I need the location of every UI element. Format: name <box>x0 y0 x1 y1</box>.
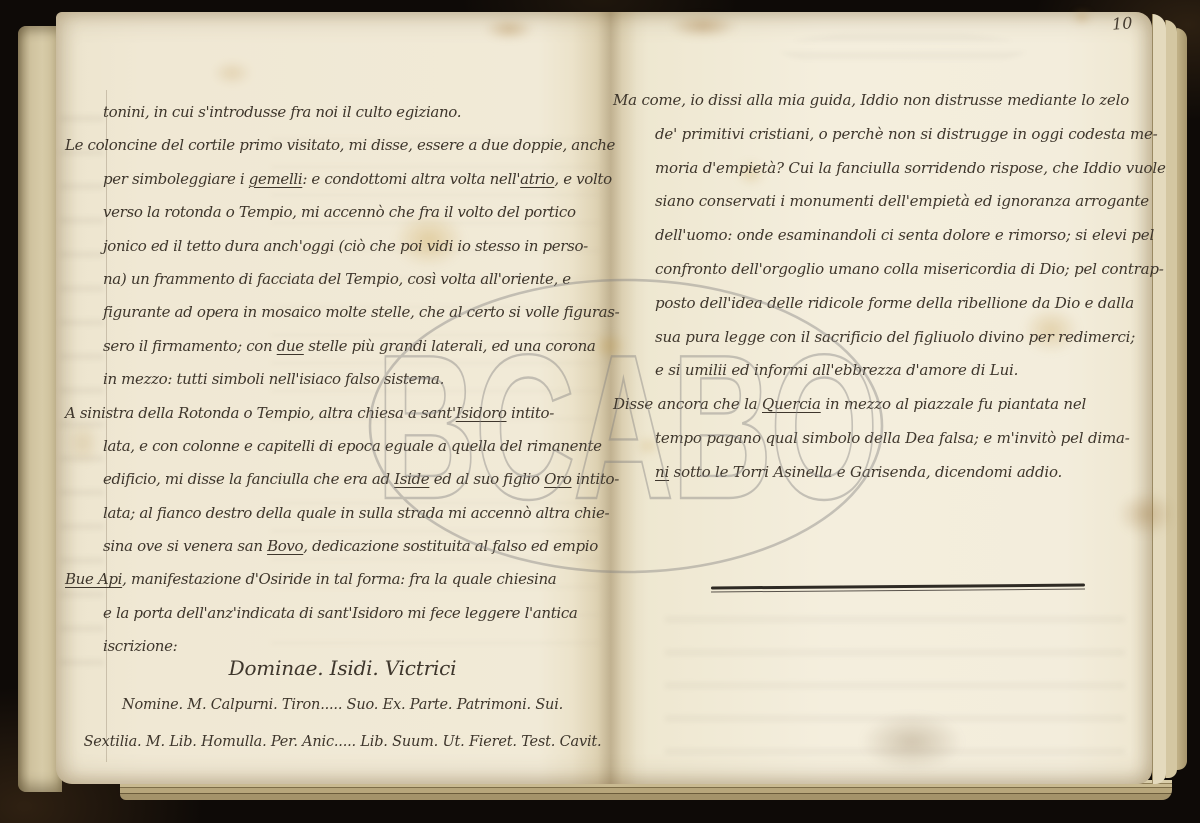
manuscript-text: sina ove si venera san <box>103 537 267 555</box>
underlined-word: Iside <box>394 470 429 488</box>
manuscript-photo: { "page_number": "10", "watermark": { "t… <box>0 0 1200 823</box>
manuscript-line: figurante ad opera in mosaico molte stel… <box>103 296 615 329</box>
manuscript-line: ni sotto le Torri Asinella e Garisenda, … <box>655 456 1147 490</box>
manuscript-text: Dominae. Isidi. Victrici <box>229 656 457 680</box>
manuscript-text: posto dell'idea delle ridicole forme del… <box>655 294 1134 312</box>
manuscript-line: sina ove si venera san Bovo, dedicazione… <box>103 530 615 563</box>
manuscript-line: dell'uomo: onde esaminandoli ci senta do… <box>655 219 1147 253</box>
manuscript-line: siano conservati i monumenti dell'empiet… <box>655 185 1147 219</box>
manuscript-text: verso la rotonda o Tempio, mi accennò ch… <box>103 203 576 221</box>
manuscript-line: edificio, mi disse la fanciulla che era … <box>103 463 615 496</box>
manuscript-text: confronto dell'orgoglio umano colla mise… <box>655 260 1164 278</box>
manuscript-text: figurante ad opera in mosaico molte stel… <box>103 303 619 321</box>
manuscript-text: Disse ancora che la <box>613 395 762 413</box>
manuscript-text: de' primitivi cristiani, o perchè non si… <box>655 125 1158 143</box>
manuscript-text: lata, e con colonne e capitelli di epoca… <box>103 437 602 455</box>
manuscript-line: sua pura legge con il sacrificio del fig… <box>655 321 1147 355</box>
manuscript-text: in mezzo: tutti simboli nell'isiaco fals… <box>103 370 444 388</box>
manuscript-line: jonico ed il tetto dura anch'oggi (ciò c… <box>103 230 615 263</box>
manuscript-text: tonini, in cui s'introdusse fra noi il c… <box>103 103 461 121</box>
manuscript-text: intito- <box>572 470 619 488</box>
underlined-word: Oro <box>544 470 571 488</box>
manuscript-line: per simboleggiare i gemelli: e condottom… <box>103 163 615 196</box>
manuscript-text: e la porta dell'anz'indicata di sant'Isi… <box>103 604 577 622</box>
manuscript-line: lata, e con colonne e capitelli di epoca… <box>103 430 615 463</box>
manuscript-text: jonico ed il tetto dura anch'oggi (ciò c… <box>103 237 588 255</box>
page-number: 10 <box>1111 13 1133 33</box>
latin-inscription: Dominae. Isidi. VictriciNomine. M. Calpu… <box>70 650 615 761</box>
page-edge-stack-outer <box>1176 28 1187 770</box>
manuscript-text: edificio, mi disse la fanciulla che era … <box>103 470 394 488</box>
manuscript-line: na) un frammento di facciata del Tempio,… <box>103 263 615 296</box>
manuscript-text: dell'uomo: onde esaminandoli ci senta do… <box>655 226 1154 244</box>
manuscript-text: Le coloncine del cortile primo visitato,… <box>65 136 615 154</box>
page-edge-stack-middle <box>1165 20 1177 778</box>
underlined-word: Quercia <box>762 395 821 413</box>
manuscript-line: lata; al fianco destro della quale in su… <box>103 497 615 530</box>
manuscript-text: , dedicazione sostituita al falso ed emp… <box>303 537 598 555</box>
manuscript-line: tempo pagano qual simbolo della Dea fals… <box>655 422 1147 456</box>
underlined-word: Bue Api <box>65 570 122 588</box>
manuscript-line: verso la rotonda o Tempio, mi accennò ch… <box>103 196 615 229</box>
manuscript-line: confronto dell'orgoglio umano colla mise… <box>655 253 1147 287</box>
underlined-word: ni <box>655 463 669 481</box>
manuscript-line: Bue Api, manifestazione d'Osiride in tal… <box>65 563 615 596</box>
manuscript-line: posto dell'idea delle ridicole forme del… <box>655 287 1147 321</box>
manuscript-text: na) un frammento di facciata del Tempio,… <box>103 270 571 288</box>
manuscript-text: lata; al fianco destro della quale in su… <box>103 504 609 522</box>
manuscript-text: intito- <box>507 404 554 422</box>
manuscript-line: Le coloncine del cortile primo visitato,… <box>65 129 615 162</box>
manuscript-line: A sinistra della Rotonda o Tempio, altra… <box>65 397 615 430</box>
manuscript-text: siano conservati i monumenti dell'empiet… <box>655 192 1149 210</box>
manuscript-text: A sinistra della Rotonda o Tempio, altra… <box>65 404 456 422</box>
manuscript-line: de' primitivi cristiani, o perchè non si… <box>655 118 1147 152</box>
manuscript-text: in mezzo al piazzale fu piantata nel <box>821 395 1086 413</box>
manuscript-text: tempo pagano qual simbolo della Dea fals… <box>655 429 1130 447</box>
right-page-text: Ma come, io dissi alla mia guida, Iddio … <box>655 84 1147 490</box>
manuscript-line: Disse ancora che la Quercia in mezzo al … <box>613 388 1147 422</box>
manuscript-text: sero il firmamento; con <box>103 337 277 355</box>
manuscript-text: Ma come, io dissi alla mia guida, Iddio … <box>613 91 1129 109</box>
manuscript-line: in mezzo: tutti simboli nell'isiaco fals… <box>103 363 615 396</box>
manuscript-text: sotto le Torri Asinella e Garisenda, dic… <box>669 463 1062 481</box>
underlined-word: atrio <box>520 170 554 188</box>
manuscript-line: tonini, in cui s'introdusse fra noi il c… <box>103 96 615 129</box>
underlined-word: Isidoro <box>456 404 507 422</box>
underlined-word: due <box>277 337 304 355</box>
manuscript-line: sero il firmamento; con due stelle più g… <box>103 330 615 363</box>
manuscript-text: Nomine. M. Calpurni. Tiron..... Suo. Ex.… <box>122 697 563 713</box>
manuscript-line: e si umilii ed informi all'ebbrezza d'am… <box>655 354 1147 388</box>
manuscript-line: moria d'empietà? Cui la fanciulla sorrid… <box>655 152 1147 186</box>
manuscript-text: , e volto <box>554 170 611 188</box>
manuscript-line: Nomine. M. Calpurni. Tiron..... Suo. Ex.… <box>70 687 615 724</box>
manuscript-text: moria d'empietà? Cui la fanciulla sorrid… <box>655 159 1166 177</box>
manuscript-text: : e condottomi altra volta nell' <box>302 170 520 188</box>
manuscript-text: Sextilia. M. Lib. Homulla. Per. Anic....… <box>84 734 602 750</box>
manuscript-text: per simboleggiare i <box>103 170 249 188</box>
manuscript-line: Ma come, io dissi alla mia guida, Iddio … <box>613 84 1147 118</box>
divider-rule-thin <box>711 589 1085 593</box>
underlined-word: Bovo <box>267 537 303 555</box>
manuscript-text: ed al suo figlio <box>429 470 544 488</box>
left-page-text: tonini, in cui s'introdusse fra noi il c… <box>103 96 615 664</box>
manuscript-text: stelle più grandi laterali, ed una coron… <box>304 337 596 355</box>
manuscript-line: e la porta dell'anz'indicata di sant'Isi… <box>103 597 615 630</box>
manuscript-line: Sextilia. M. Lib. Homulla. Per. Anic....… <box>70 724 615 761</box>
manuscript-text: sua pura legge con il sacrificio del fig… <box>655 328 1135 346</box>
manuscript-text: e si umilii ed informi all'ebbrezza d'am… <box>655 361 1018 379</box>
underlined-word: gemelli <box>249 170 303 188</box>
manuscript-line: Dominae. Isidi. Victrici <box>70 650 615 687</box>
manuscript-text: , manifestazione d'Osiride in tal forma:… <box>122 570 556 588</box>
